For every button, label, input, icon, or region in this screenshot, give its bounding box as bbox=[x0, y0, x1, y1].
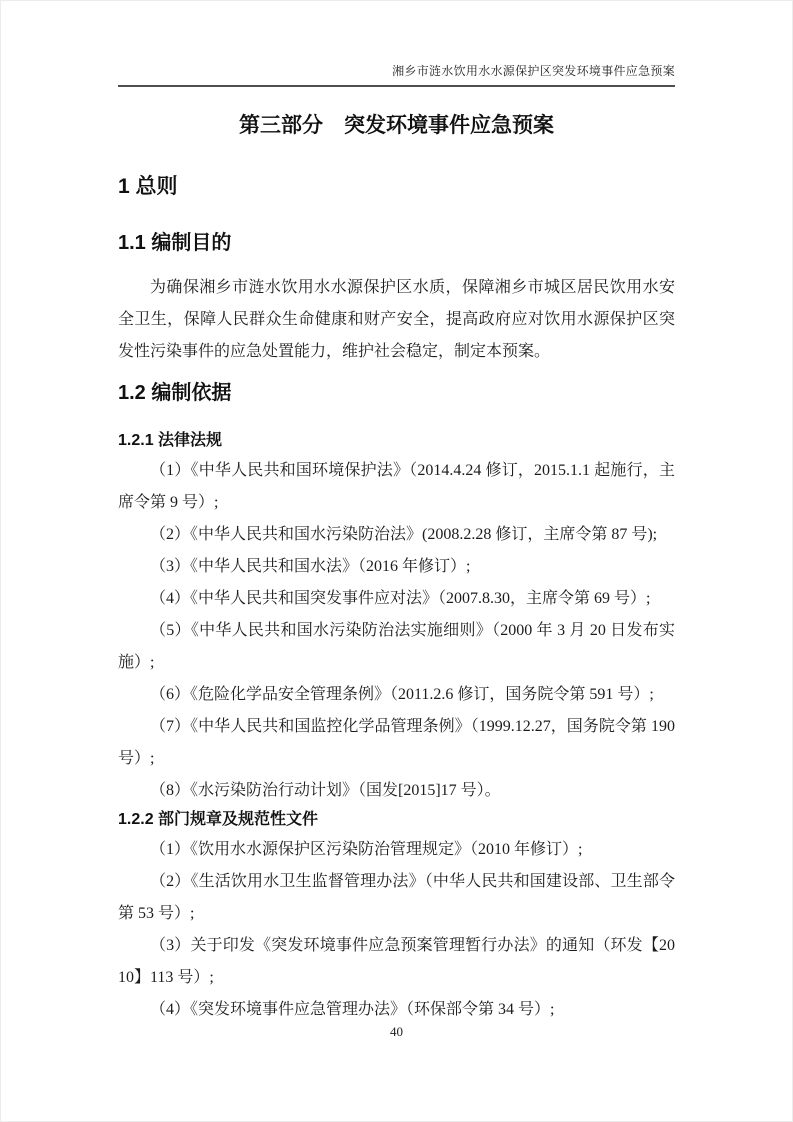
regulation-item: （2）《生活饮用水卫生监督管理办法》（中华人民共和国建设部、卫生部令第 53 号… bbox=[118, 866, 675, 930]
law-item: （5）《中华人民共和国水污染防治法实施细则》（2000 年 3 月 20 日发布… bbox=[118, 615, 675, 679]
law-item: （3）《中华人民共和国水法》（2016 年修订）; bbox=[118, 551, 675, 583]
law-item: （2）《中华人民共和国水污染防治法》(2008.2.28 修订，主席令第 87 … bbox=[118, 519, 675, 551]
section-1-2-heading: 1.2 编制依据 bbox=[118, 380, 675, 406]
law-item: （1）《中华人民共和国环境保护法》（2014.4.24 修订，2015.1.1 … bbox=[118, 455, 675, 519]
law-item: （4）《中华人民共和国突发事件应对法》（2007.8.30，主席令第 69 号）… bbox=[118, 583, 675, 615]
running-header: 湘乡市涟水饮用水水源保护区突发环境事件应急预案 bbox=[118, 62, 675, 87]
document-title: 第三部分 突发环境事件应急预案 bbox=[118, 112, 675, 140]
regulation-list: （1）《饮用水水源保护区污染防治管理规定》（2010 年修订）; （2）《生活饮… bbox=[118, 834, 675, 1026]
document-body: 1 总则 1.1 编制目的 为确保湘乡市涟水饮用水水源保护区水质，保障湘乡市城区… bbox=[118, 173, 675, 1026]
document-page: 湘乡市涟水饮用水水源保护区突发环境事件应急预案 第三部分 突发环境事件应急预案 … bbox=[0, 0, 793, 1122]
law-item: （6）《危险化学品安全管理条例》（2011.2.6 修订，国务院令第 591 号… bbox=[118, 679, 675, 711]
law-item: （7）《中华人民共和国监控化学品管理条例》（1999.12.27，国务院令第 1… bbox=[118, 711, 675, 775]
regulation-item: （4）《突发环境事件应急管理办法》（环保部令第 34 号）; bbox=[118, 994, 675, 1026]
page-number: 40 bbox=[0, 1024, 793, 1040]
law-list: （1）《中华人民共和国环境保护法》（2014.4.24 修订，2015.1.1 … bbox=[118, 455, 675, 807]
purpose-paragraph: 为确保湘乡市涟水饮用水水源保护区水质，保障湘乡市城区居民饮用水安全卫生，保障人民… bbox=[118, 272, 675, 368]
section-1-heading: 1 总则 bbox=[118, 173, 675, 201]
section-1-2-1-heading: 1.2.1 法律法规 bbox=[118, 430, 675, 452]
section-1-2-2-heading: 1.2.2 部门规章及规范性文件 bbox=[118, 809, 675, 831]
law-item: （8）《水污染防治行动计划》（国发[2015]17 号）。 bbox=[118, 775, 675, 807]
running-header-text: 湘乡市涟水饮用水水源保护区突发环境事件应急预案 bbox=[392, 64, 675, 78]
section-1-1-heading: 1.1 编制目的 bbox=[118, 230, 675, 256]
regulation-item: （1）《饮用水水源保护区污染防治管理规定》（2010 年修订）; bbox=[118, 834, 675, 866]
regulation-item: （3）关于印发《突发环境事件应急预案管理暂行办法》的通知（环发【2010】113… bbox=[118, 930, 675, 994]
